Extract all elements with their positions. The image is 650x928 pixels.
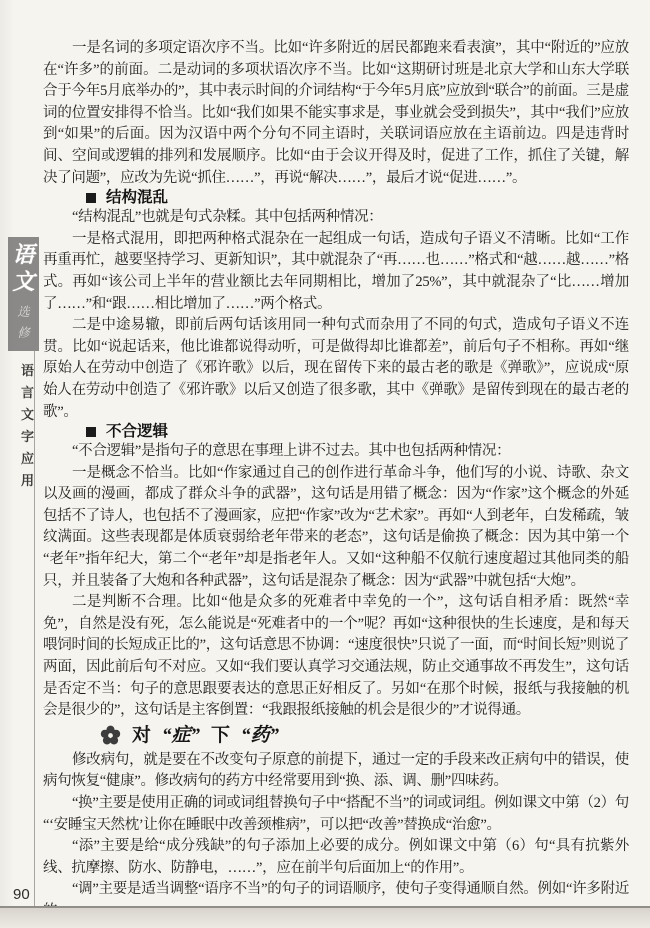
remedy-heading-part: “症” xyxy=(162,722,200,750)
paragraph-word-order: 一是名词的多项定语次序不当。比如“许多附近的居民都跑来看表演”，其中“附近的”应… xyxy=(43,38,629,189)
paragraph-remedy-huan: “换”主要是使用正确的词或词组替换句子中“搭配不当”的词或词组。例如课文中第（2… xyxy=(43,793,629,836)
paragraph-logic-2: 二是判断不合理。比如“他是众多的死难者中幸免的一个”，这句话自相矛盾：既然“幸免… xyxy=(43,592,629,722)
paragraph-logic-1: 一是概念不恰当。比如“作家通过自己的创作进行革命斗争，他们写的小说、诗歌、杂文以… xyxy=(43,463,629,593)
book-edition-vertical: 选修 xyxy=(17,302,30,344)
paragraph-structure-1: 一是格式混用，即把两种格式混杂在一起组成一句话，造成句子语义不清晰。比如“工作再… xyxy=(43,229,629,315)
remedy-heading-part: 对 xyxy=(132,722,151,750)
textbook-page: 语文 选修 语言文字应用 90 一是名词的多项定语次序不当。比如“许多附近的居民… xyxy=(0,0,650,928)
section-heading-remedy: 对 “症” 下 “药” xyxy=(43,722,629,750)
square-bullet-icon xyxy=(86,193,96,203)
square-bullet-icon xyxy=(86,427,96,437)
book-title-vertical: 语文 xyxy=(13,241,35,295)
sidebar-divider-line xyxy=(34,351,35,907)
paragraph-structure-2: 二是中途易辙，即前后两句话该用同一种句式而杂用了不同的句式，造成句子语义不连贯。… xyxy=(43,315,629,423)
paragraph-structure-intro: “结构混乱”也就是句式杂糅。其中包括两种情况： xyxy=(43,207,629,229)
section-heading-structure-label: 结构混乱 xyxy=(106,189,168,207)
paragraph-remedy-intro: 修改病句，就是要在不改变句子原意的前提下，通过一定的手段来改正病句中的错误，使病… xyxy=(43,750,629,793)
page-edge-shadow xyxy=(0,908,650,928)
page-content: 一是名词的多项定语次序不当。比如“许多附近的居民都跑来看表演”，其中“附近的”应… xyxy=(43,38,629,923)
paragraph-logic-intro: “不合逻辑”是指句子的意思在事理上讲不过去。其中也包括两种情况： xyxy=(43,441,629,463)
section-heading-logic-label: 不合逻辑 xyxy=(106,423,168,441)
paragraph-remedy-tian: “添”主要是给“成分残缺”的句子添加上必要的成分。例如课文中第（6）句“具有抗紫… xyxy=(43,836,629,879)
volume-title-vertical: 语言文字应用 xyxy=(21,360,34,492)
flower-icon xyxy=(100,725,121,746)
book-spine-badge: 语文 选修 xyxy=(8,237,39,351)
remedy-heading-part: “药” xyxy=(241,722,279,750)
section-heading-logic: 不合逻辑 xyxy=(43,423,629,441)
section-heading-structure: 结构混乱 xyxy=(43,189,629,207)
page-number: 90 xyxy=(13,886,30,903)
remedy-heading-part: 下 xyxy=(211,722,230,750)
